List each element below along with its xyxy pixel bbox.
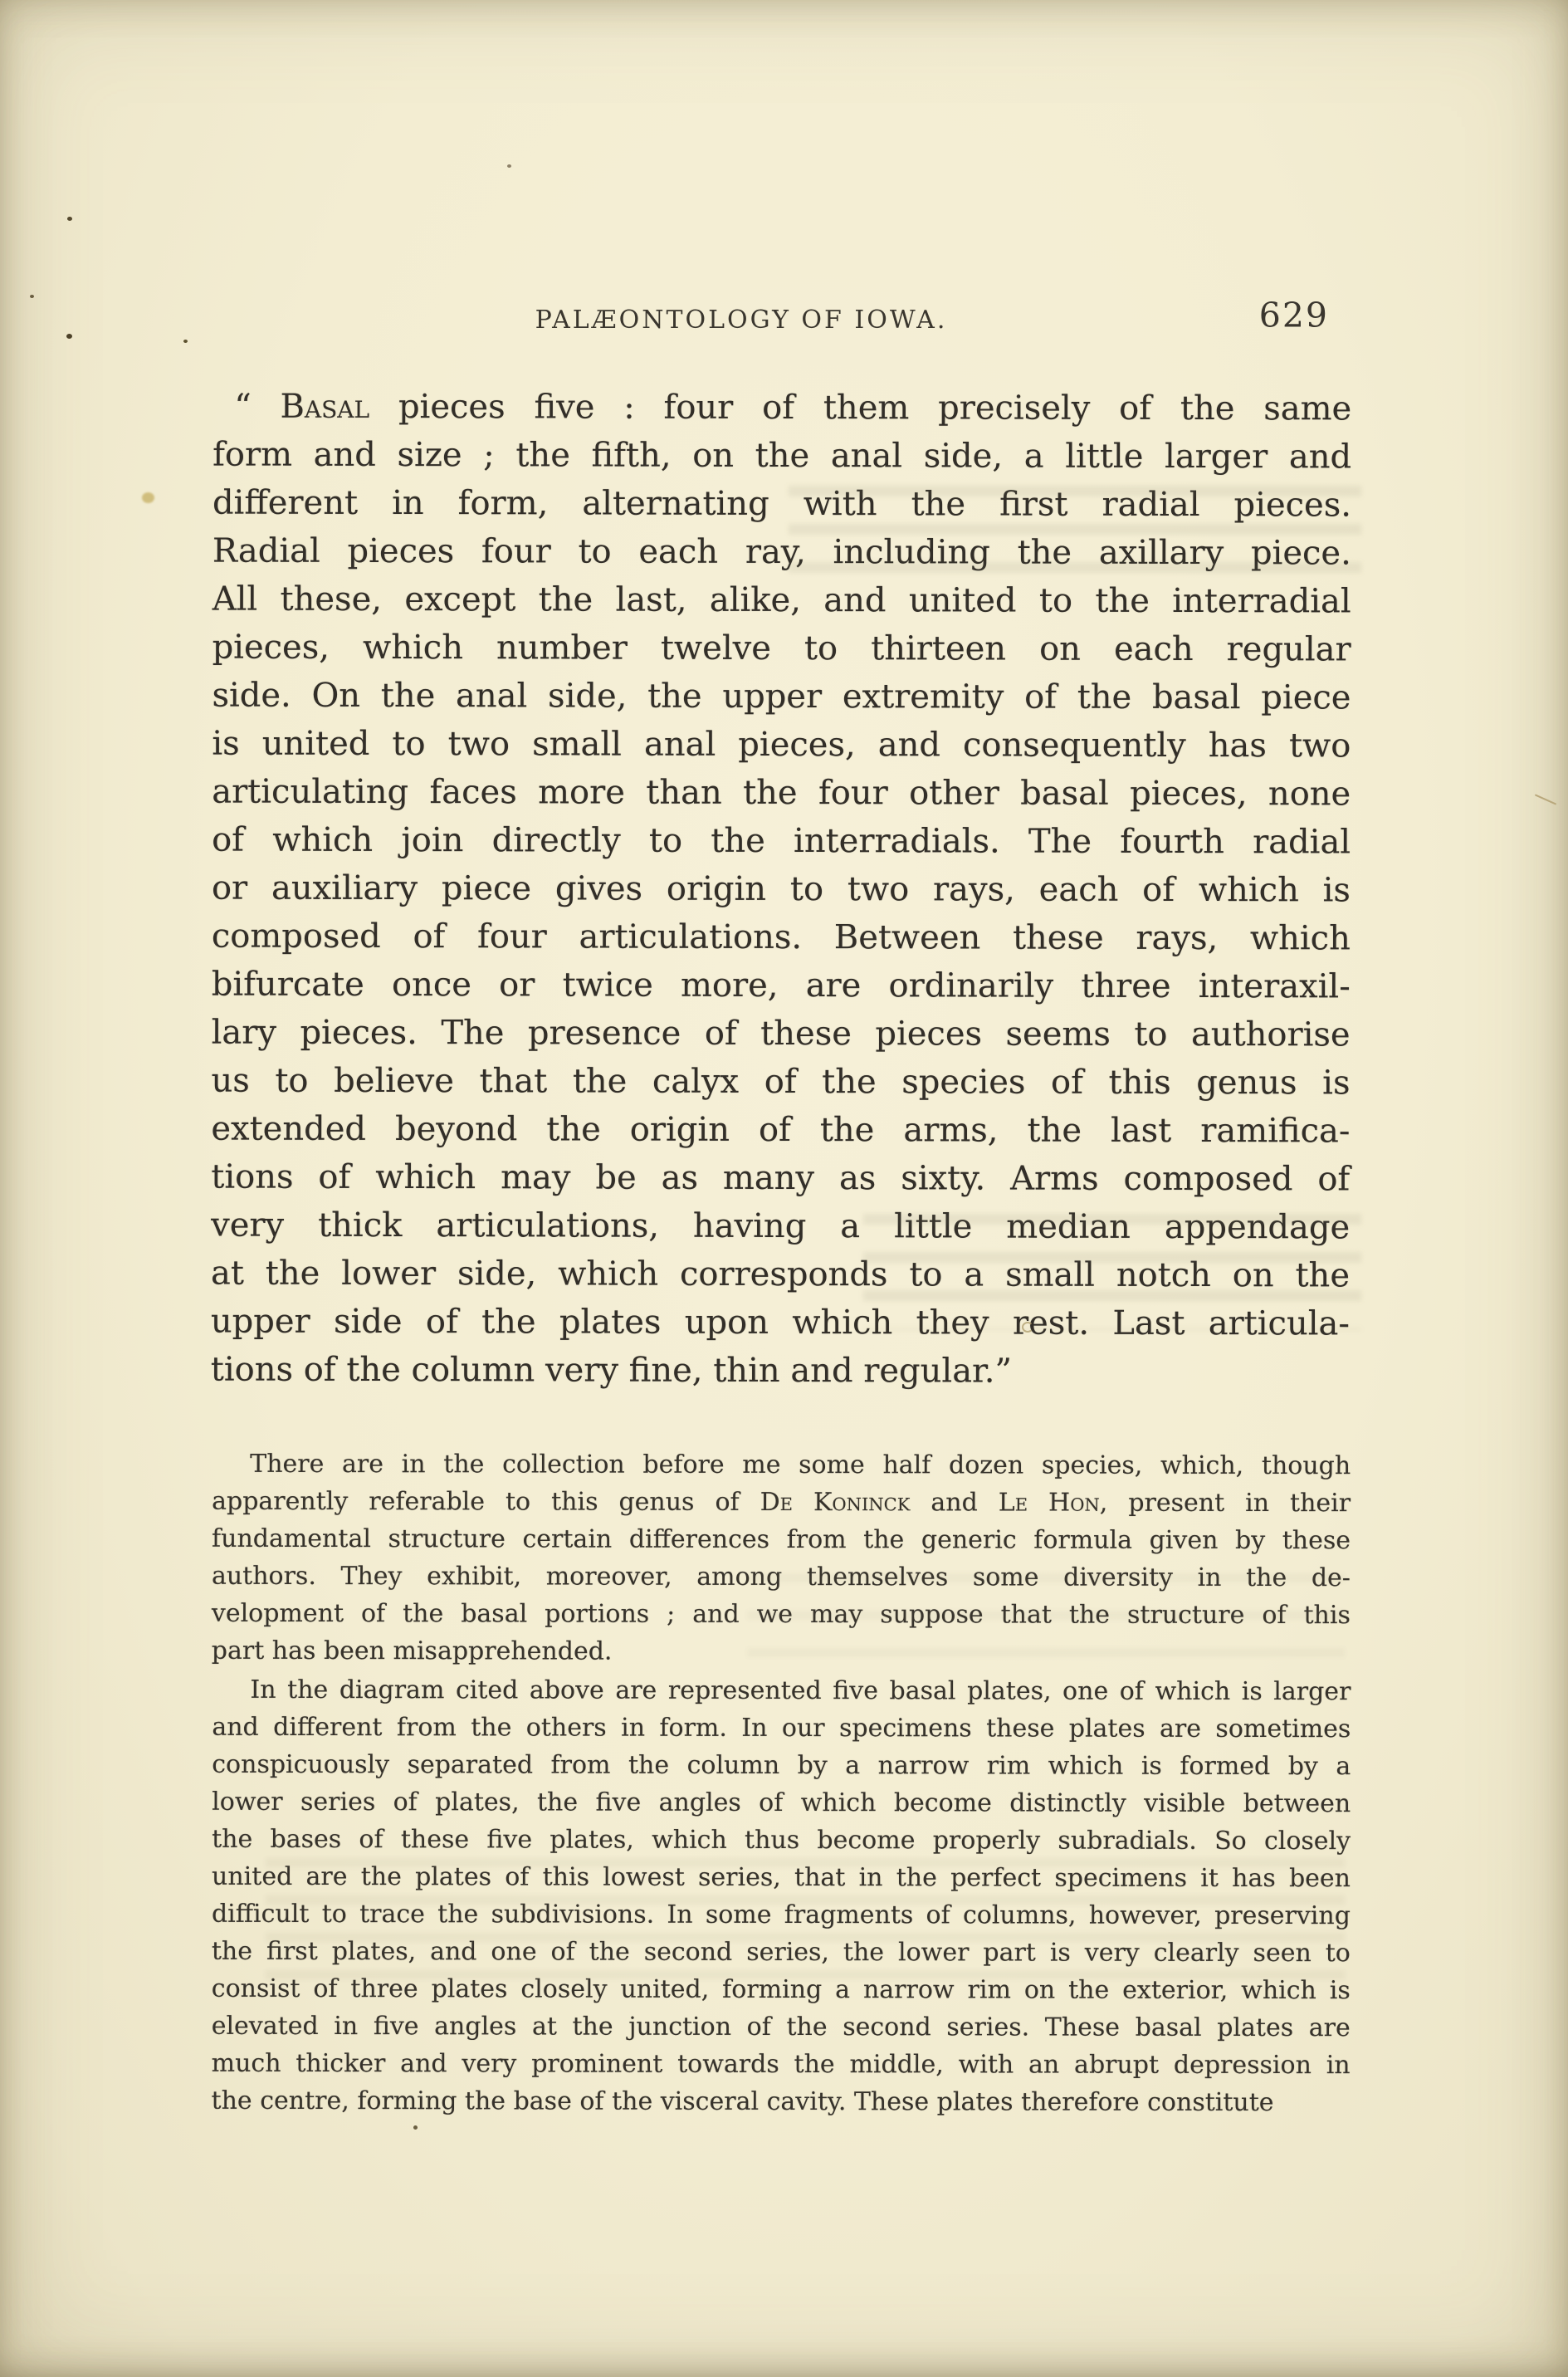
text-line: conspicuously separated from the column …: [212, 1746, 1351, 1785]
text-line: the bases of these five plates, which th…: [212, 1821, 1351, 1860]
text-line: the centre, forming the base of the visc…: [212, 2082, 1351, 2121]
text-line: articulating faces more than the four ot…: [212, 768, 1351, 819]
text-line: bifurcate once or twice more, are ordina…: [212, 961, 1351, 1011]
paper-speck: [67, 217, 72, 221]
text-line: pieces, which number twelve to thirteen …: [212, 624, 1351, 674]
text-line: Radial pieces four to each ray, includin…: [212, 527, 1351, 578]
paper-speck: [413, 2125, 418, 2130]
text-line: composed of four articulations. Between …: [212, 912, 1351, 963]
small-caps-text: Le Hon: [999, 1488, 1100, 1517]
running-head-title: PALÆONTOLOGY OF IOWA.: [535, 306, 948, 335]
book-page: PALÆONTOLOGY OF IOWA. 629 “ Basal pieces…: [0, 0, 1568, 2377]
text-line: All these, except the last, alike, and u…: [212, 575, 1351, 626]
text-line: and different from the others in form. I…: [212, 1709, 1351, 1748]
small-caps-text: Basal: [280, 388, 369, 426]
paper-stain: [142, 492, 154, 503]
text-line: united are the plates of this lowest ser…: [212, 1858, 1351, 1897]
paper-speck: [183, 340, 188, 343]
text-line: “ Basal pieces five : four of them preci…: [212, 383, 1351, 433]
text-line: tions of the column very fine, thin and …: [211, 1346, 1350, 1396]
text-line: different in form, alternating with the …: [212, 479, 1351, 530]
text-line: apparently referable to this genus of De…: [212, 1483, 1351, 1522]
text-line: form and size ; the fifth, on the anal s…: [212, 431, 1351, 482]
text-line: side. On the anal side, the upper extrem…: [212, 672, 1351, 722]
text-line: velopment of the basal portions ; and we…: [212, 1595, 1351, 1634]
paper-speck: [507, 164, 511, 168]
text-line: is united to two small anal pieces, and …: [212, 720, 1351, 770]
text-line: elevated in five angles at the junction …: [212, 2008, 1351, 2047]
text-line: In the diagram cited above are represent…: [212, 1671, 1351, 1710]
small-caps-text: De Koninck: [760, 1488, 911, 1517]
text-line: lower series of plates, the five angles …: [212, 1783, 1351, 1822]
paper-speck: [30, 295, 34, 298]
text-line: authors. They exhibit, moreover, among t…: [212, 1558, 1351, 1597]
text-line: or auxiliary piece gives origin to two r…: [212, 864, 1351, 915]
quoted-generic-description-paragraph: “ Basal pieces five : four of them preci…: [211, 383, 1352, 1396]
text-line: part has been misapprehended.: [212, 1632, 1351, 1671]
text-line: There are in the collection before me so…: [212, 1445, 1351, 1484]
text-line: fundamental structure certain difference…: [212, 1520, 1351, 1559]
text-line: lary pieces. The presence of these piece…: [212, 1009, 1351, 1059]
small-paragraph-diagram-remarks: In the diagram cited above are represent…: [212, 1671, 1351, 2121]
text-line: consist of three plates closely united, …: [212, 1970, 1351, 2009]
small-paragraph-collection-remarks: There are in the collection before me so…: [212, 1445, 1351, 1671]
text-line: very thick articulations, having a littl…: [211, 1201, 1350, 1252]
text-line: the first plates, and one of the second …: [212, 1933, 1351, 1972]
text-line: tions of which may be as many as sixty. …: [211, 1153, 1350, 1204]
page-number: 629: [1259, 296, 1329, 335]
text-line: at the lower side, which corresponds to …: [211, 1250, 1350, 1300]
text-line: extended beyond the origin of the arms, …: [211, 1105, 1350, 1156]
text-line: of which join directly to the interradia…: [212, 816, 1351, 867]
text-line: us to believe that the calyx of the spec…: [211, 1057, 1350, 1108]
text-line: much thicker and very prominent towards …: [212, 2045, 1351, 2084]
text-line: difficult to trace the subdivisions. In …: [212, 1895, 1351, 1934]
paper-speck: [66, 334, 72, 339]
paper-scratch: [1535, 794, 1556, 805]
text-line: upper side of the plates upon which they…: [211, 1298, 1350, 1348]
